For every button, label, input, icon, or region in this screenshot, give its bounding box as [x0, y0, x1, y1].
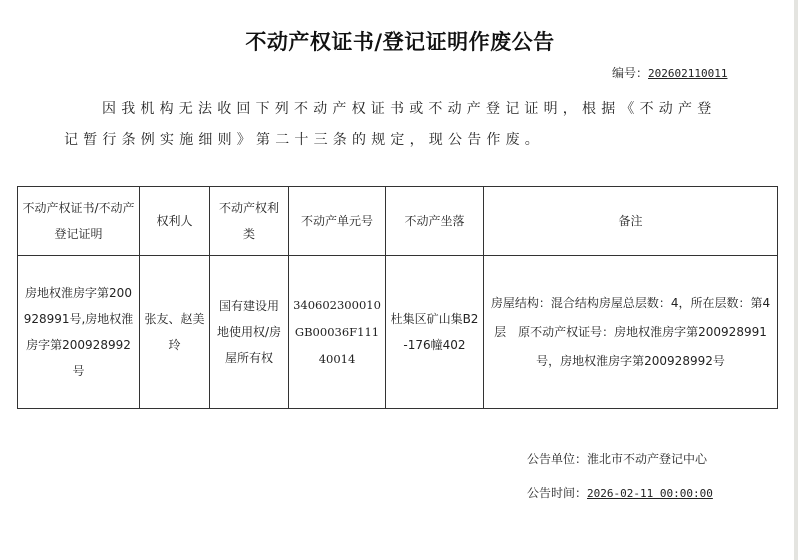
announcing-unit-label: 公告单位： — [527, 452, 587, 466]
table-header-row: 不动产权证书/不动产登记证明 权利人 不动产权利类 不动产单元号 不动产坐落 备… — [18, 187, 778, 256]
document-number-label: 编号： — [612, 66, 648, 80]
header-unit-number: 不动产单元号 — [289, 187, 386, 256]
header-location: 不动产坐落 — [386, 187, 484, 256]
cell-owner: 张友、赵美玲 — [140, 256, 210, 409]
header-remark: 备注 — [484, 187, 778, 256]
cell-right-type: 国有建设用地使用权/房屋所有权 — [210, 256, 289, 409]
notice-page: 不动产权证书/登记证明作废公告 编号：202602110011 因我机构无法收回… — [0, 0, 800, 560]
page-title: 不动产权证书/登记证明作废公告 — [0, 26, 800, 56]
table-row: 房地权淮房字第200928991号,房地权淮房字第200928992号 张友、赵… — [18, 256, 778, 409]
header-certificate: 不动产权证书/不动产登记证明 — [18, 187, 140, 256]
cell-remark: 房屋结构：混合结构房屋总层数：4，所在层数：第4层 原不动产权证号：房地权淮房字… — [484, 256, 778, 409]
announcing-unit-value: 淮北市不动产登记中心 — [587, 452, 707, 466]
cell-unit-number: 340602300010GB00036F11140014 — [289, 256, 386, 409]
announcing-time-value: 2026-02-11 00:00:00 — [587, 487, 713, 500]
header-owner: 权利人 — [140, 187, 210, 256]
announcing-time: 公告时间：2026-02-11 00:00:00 — [527, 484, 713, 501]
cell-certificate: 房地权淮房字第200928991号,房地权淮房字第200928992号 — [18, 256, 140, 409]
header-right-type: 不动产权利类 — [210, 187, 289, 256]
vertical-scrollbar[interactable] — [794, 0, 798, 560]
void-certificate-table: 不动产权证书/不动产登记证明 权利人 不动产权利类 不动产单元号 不动产坐落 备… — [17, 186, 778, 409]
document-number-value: 202602110011 — [648, 67, 727, 80]
announcing-unit: 公告单位：淮北市不动产登记中心 — [527, 450, 707, 467]
announcing-time-label: 公告时间： — [527, 486, 587, 500]
notice-paragraph: 因我机构无法收回下列不动产权证书或不动产登记证明，根据《不动产登记暂行条例实施细… — [64, 94, 734, 156]
document-number: 编号：202602110011 — [612, 64, 728, 81]
cell-location: 杜集区矿山集B2-176幢402 — [386, 256, 484, 409]
